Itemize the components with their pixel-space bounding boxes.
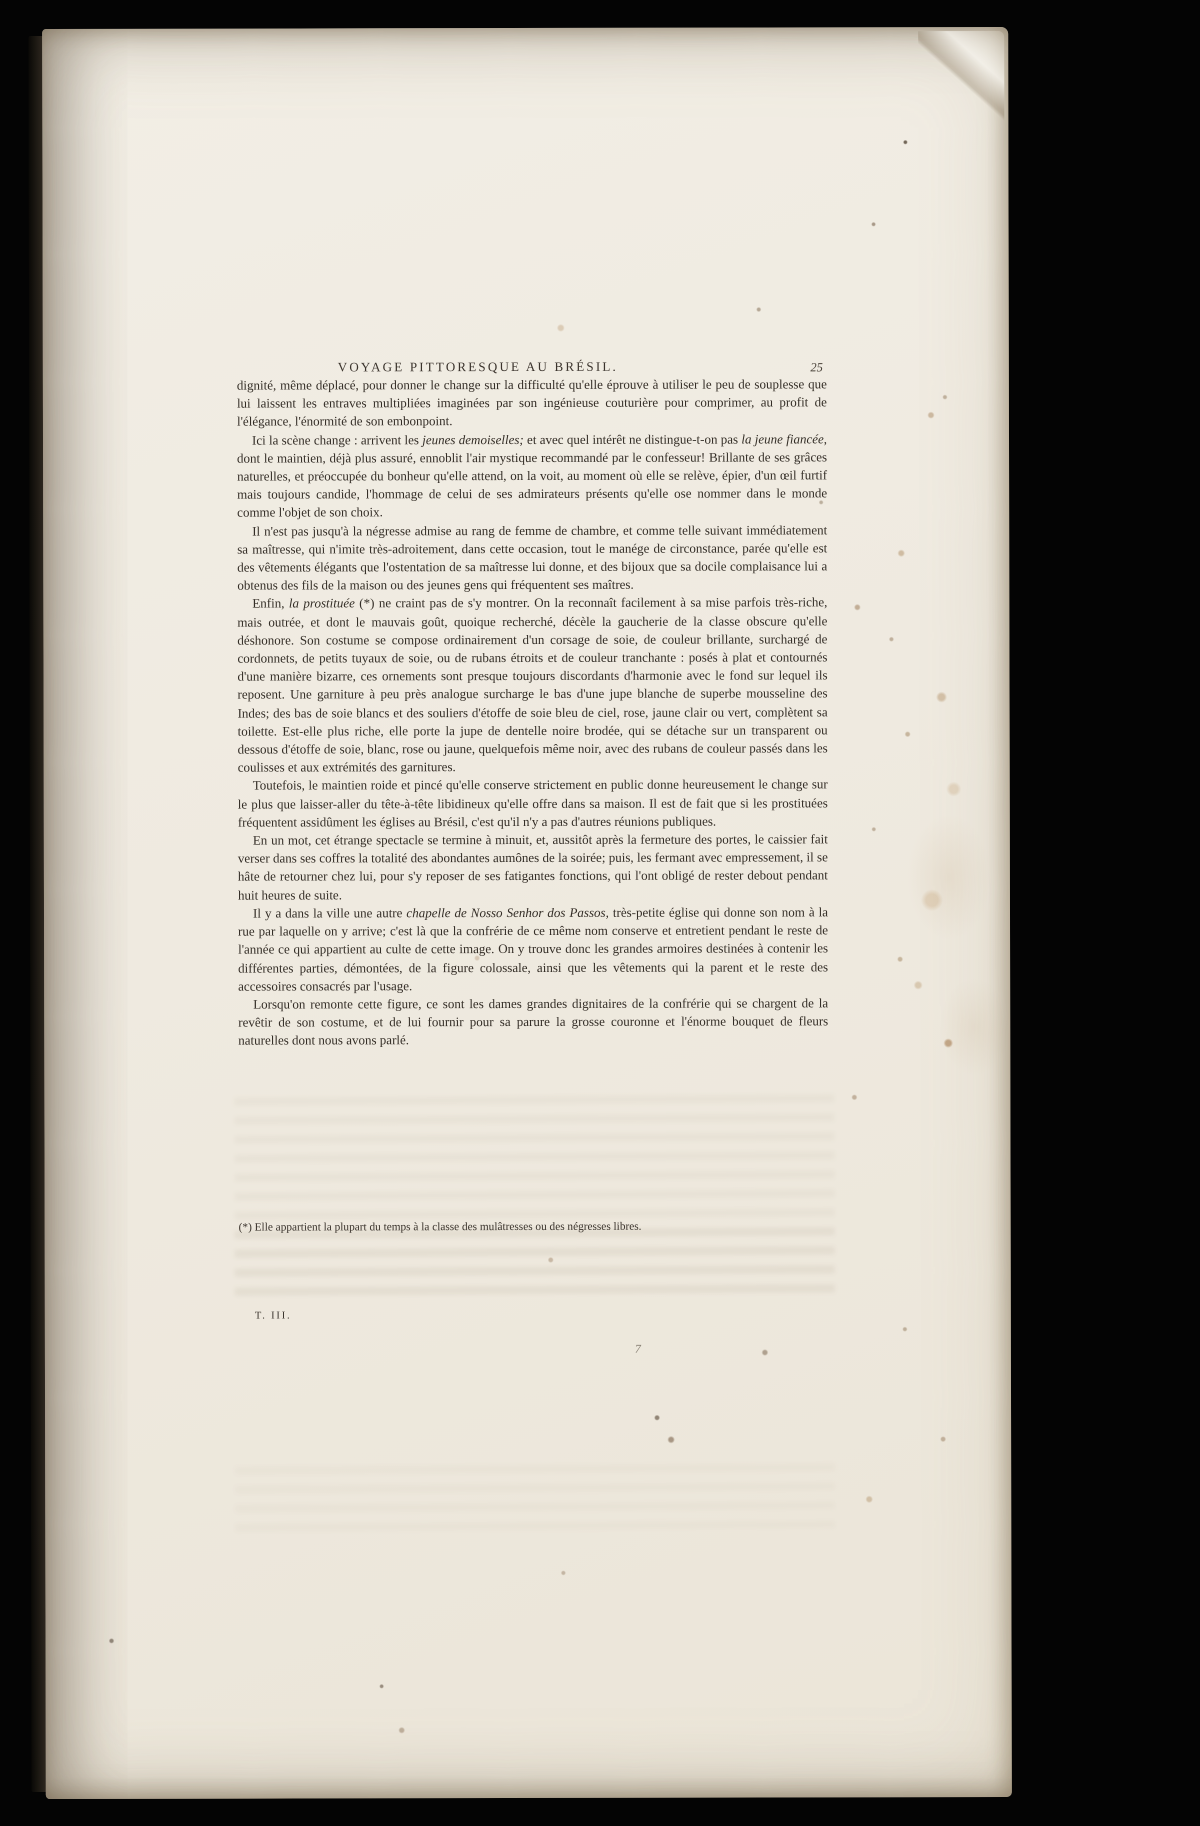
ink-bleed-through: [234, 1086, 835, 1219]
paragraph: Enfin, la prostituée (*) ne craint pas d…: [237, 594, 827, 777]
paragraph: Toutefois, le maintien roide et pincé qu…: [238, 776, 828, 832]
running-header-title: VOYAGE PITTORESQUE AU BRÉSIL.: [183, 357, 773, 376]
ink-bleed-through: [235, 1226, 835, 1295]
book-page: VOYAGE PITTORESQUE AU BRÉSIL. 25 dignité…: [42, 27, 1012, 1799]
plate-mark: 7: [635, 1342, 641, 1357]
paragraph: Ici la scène change : arrivent les jeune…: [237, 430, 827, 522]
paragraph: Il y a dans la ville une autre chapelle …: [238, 903, 828, 995]
page-number: 25: [810, 360, 823, 375]
text-column: VOYAGE PITTORESQUE AU BRÉSIL. 25 dignité…: [237, 357, 828, 1050]
body-text: dignité, même déplacé, pour donner le ch…: [237, 375, 828, 1050]
ink-bleed-through: [235, 1458, 835, 1531]
signature-mark: T. III.: [255, 1310, 292, 1321]
paragraph: En un mot, cet étrange spectacle se term…: [238, 830, 828, 904]
paragraph: dignité, même déplacé, pour donner le ch…: [237, 375, 827, 431]
page-header: VOYAGE PITTORESQUE AU BRÉSIL. 25: [237, 357, 827, 376]
corner-fold: [918, 31, 1004, 127]
paragraph: Il n'est pas jusqu'à la négresse admise …: [237, 521, 827, 595]
paragraph: Lorsqu'on remonte cette figure, ce sont …: [238, 994, 828, 1050]
footnote: (*) Elle appartient la plupart du temps …: [239, 1219, 829, 1235]
